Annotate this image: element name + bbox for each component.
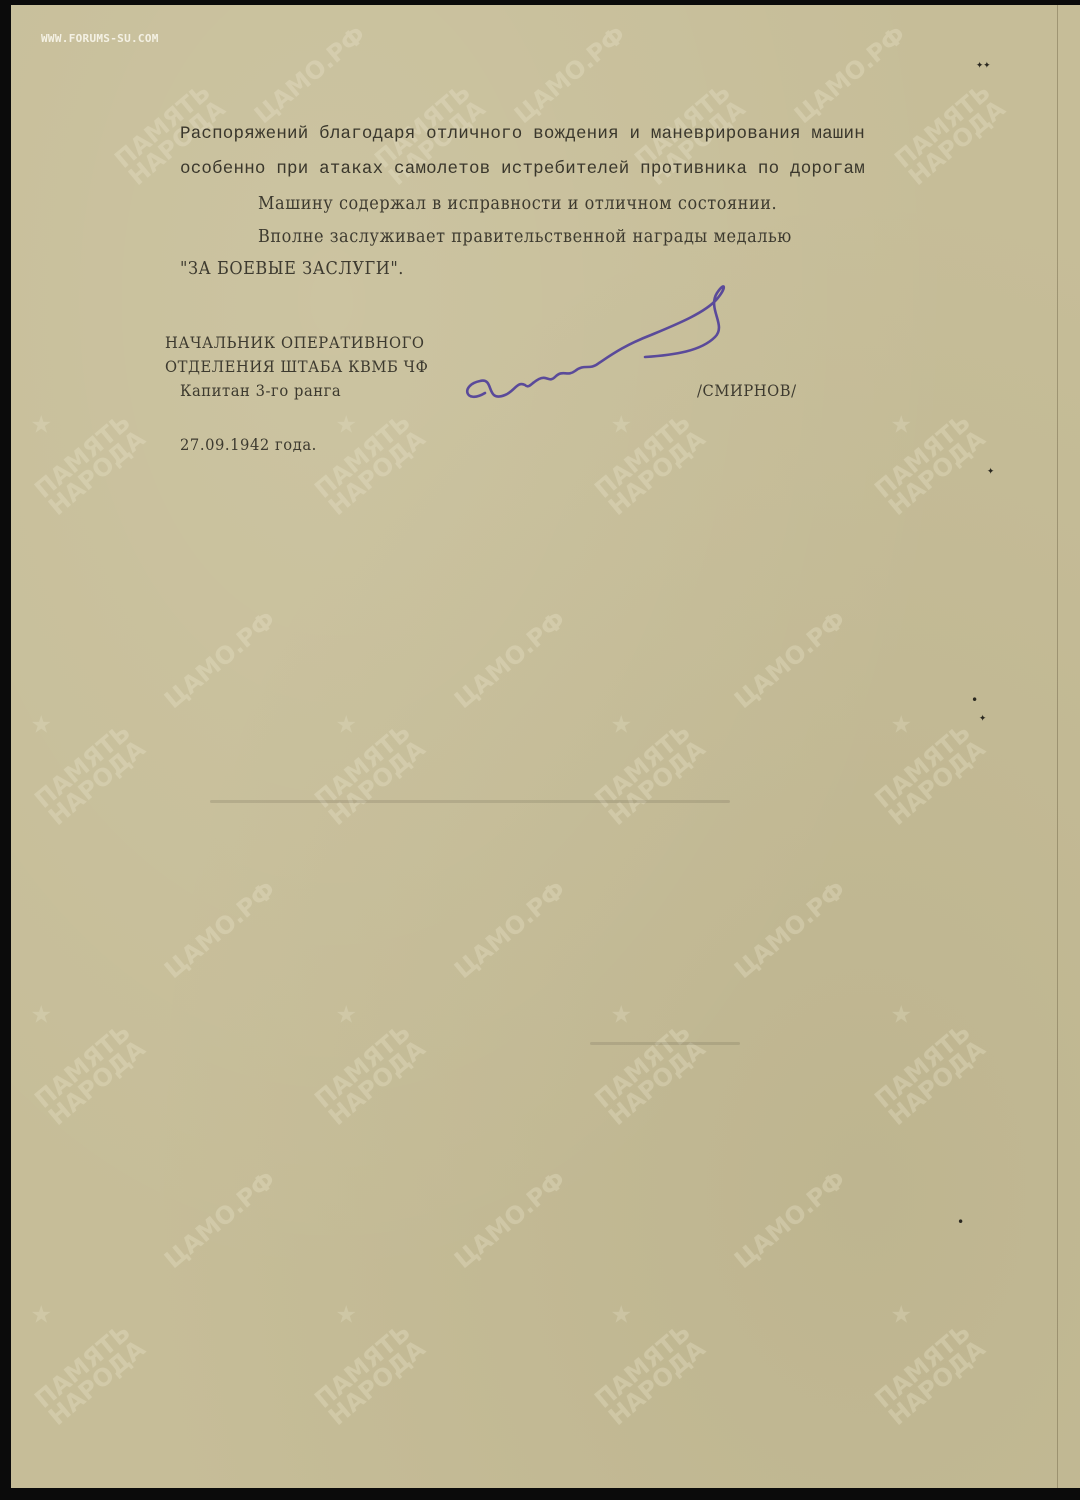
- fold-line: [1057, 5, 1058, 1488]
- watermark: ЦАМО.РФ: [731, 1168, 849, 1272]
- watermark: ПАМЯТЬ НАРОДА: [871, 1020, 989, 1129]
- watermark: ЦАМО.РФ: [161, 878, 279, 982]
- award-name: "ЗА БОЕВЫЕ ЗАСЛУГИ".: [180, 259, 404, 279]
- star-watermark-icon: ★: [336, 995, 370, 1029]
- watermark: ПАМЯТЬ НАРОДА: [871, 720, 989, 829]
- star-watermark-icon: ★: [891, 995, 925, 1029]
- star-watermark-icon: ★: [31, 1295, 65, 1329]
- watermark: ЦАМО.РФ: [511, 23, 629, 127]
- watermark: ПАМЯТЬ НАРОДА: [311, 410, 429, 519]
- watermark: ЦАМО.РФ: [161, 1168, 279, 1272]
- star-watermark-icon: ★: [611, 995, 645, 1029]
- watermark: ПАМЯТЬ НАРОДА: [891, 80, 1009, 189]
- watermark: ПАМЯТЬ НАРОДА: [591, 1320, 709, 1429]
- star-watermark-icon: ★: [31, 405, 65, 439]
- watermark: ПАМЯТЬ НАРОДА: [311, 1320, 429, 1429]
- star-watermark-icon: ★: [336, 1295, 370, 1329]
- star-watermark-icon: ★: [336, 405, 370, 439]
- watermark: ПАМЯТЬ НАРОДА: [311, 1020, 429, 1129]
- bleed-through-text: [590, 1042, 740, 1045]
- watermark: ЦАМО.РФ: [451, 1168, 569, 1272]
- star-watermark-icon: ★: [891, 405, 925, 439]
- punch-mark: •: [957, 1215, 964, 1229]
- body-line: особенно при атаках самолетов истребител…: [180, 159, 865, 179]
- punch-mark: ✦✦: [976, 57, 990, 71]
- star-watermark-icon: ★: [891, 1295, 925, 1329]
- body-line: Машину содержал в исправности и отличном…: [258, 194, 777, 214]
- star-watermark-icon: ★: [611, 705, 645, 739]
- signature: [455, 285, 745, 425]
- watermark: ПАМЯТЬ НАРОДА: [871, 410, 989, 519]
- body-line: Вполне заслуживает правительственной наг…: [258, 227, 792, 247]
- signatory-title-line2: ОТДЕЛЕНИЯ ШТАБА КВМБ ЧФ: [165, 357, 428, 376]
- bleed-through-text: [210, 800, 730, 803]
- punch-mark: ✦: [987, 463, 994, 477]
- watermark: ЦАМО.РФ: [451, 878, 569, 982]
- watermark: ПАМЯТЬ НАРОДА: [591, 720, 709, 829]
- watermark: ЦАМО.РФ: [731, 878, 849, 982]
- watermark: ПАМЯТЬ НАРОДА: [591, 410, 709, 519]
- watermark: ПАМЯТЬ НАРОДА: [871, 1320, 989, 1429]
- body-line: Распоряжений благодаря отличного вождени…: [180, 124, 865, 144]
- watermark: ПАМЯТЬ НАРОДА: [311, 720, 429, 829]
- watermark: ПАМЯТЬ НАРОДА: [31, 1020, 149, 1129]
- watermark: ПАМЯТЬ НАРОДА: [31, 1320, 149, 1429]
- signatory-title-line1: НАЧАЛЬНИК ОПЕРАТИВНОГО: [165, 333, 424, 352]
- punch-mark: ✦: [979, 710, 986, 724]
- document-date: 27.09.1942 года.: [180, 435, 317, 454]
- punch-mark: •: [971, 693, 978, 707]
- star-watermark-icon: ★: [31, 995, 65, 1029]
- watermark: ПАМЯТЬ НАРОДА: [31, 410, 149, 519]
- watermark: ЦАМО.РФ: [791, 23, 909, 127]
- star-watermark-icon: ★: [891, 705, 925, 739]
- watermark: ЦАМО.РФ: [731, 608, 849, 712]
- watermark: ЦАМО.РФ: [161, 608, 279, 712]
- signatory-rank: Капитан 3-го ранга: [180, 381, 341, 400]
- watermark: ПАМЯТЬ НАРОДА: [591, 1020, 709, 1129]
- star-watermark-icon: ★: [31, 705, 65, 739]
- watermark: ЦАМО.РФ: [451, 608, 569, 712]
- source-label: WWW.FORUMS-SU.COM: [41, 32, 159, 45]
- star-watermark-icon: ★: [611, 1295, 645, 1329]
- watermark: ЦАМО.РФ: [251, 23, 369, 127]
- watermark: ПАМЯТЬ НАРОДА: [31, 720, 149, 829]
- star-watermark-icon: ★: [336, 705, 370, 739]
